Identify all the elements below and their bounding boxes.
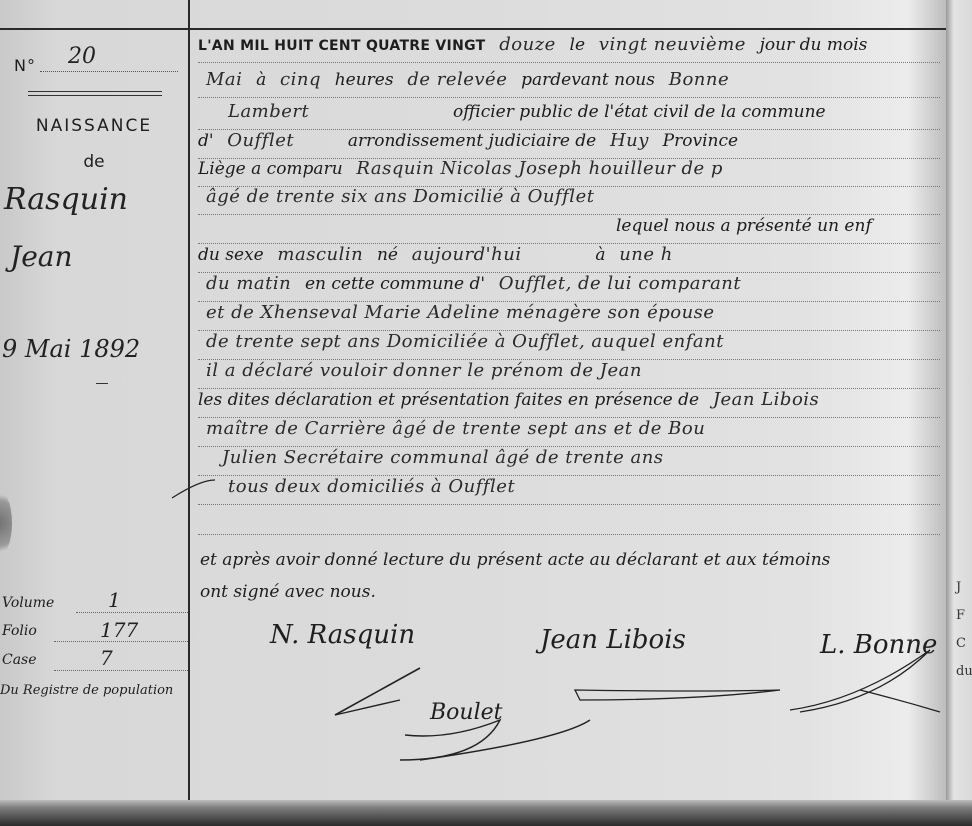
- margin-fragment: C: [956, 636, 966, 651]
- next-page-edge: [946, 0, 972, 808]
- book-bottom-edge: [0, 800, 972, 826]
- signature-flourishes: [0, 0, 946, 808]
- register-page: N° 20 NAISSANCE de Rasquin Jean 9 Mai 18…: [0, 0, 946, 808]
- margin-fragment: F: [956, 608, 965, 623]
- margin-fragment: J: [956, 580, 961, 595]
- margin-fragment: du: [956, 664, 972, 679]
